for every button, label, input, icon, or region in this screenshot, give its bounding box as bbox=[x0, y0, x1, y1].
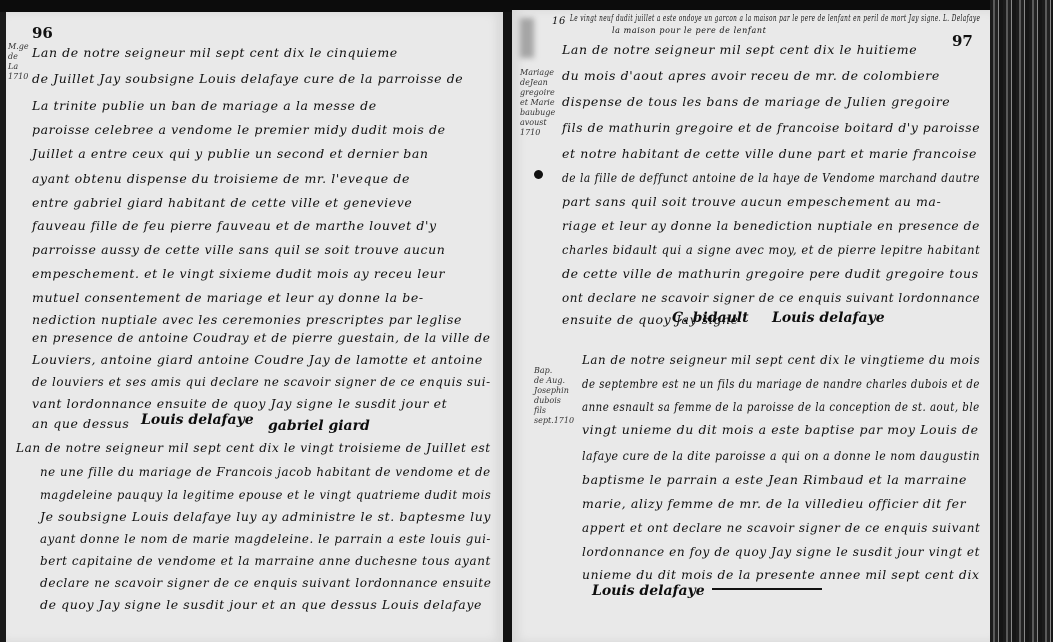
entry-line: vant lordonnance ensuite de quoy Jay sig… bbox=[32, 396, 447, 411]
entry-line: baptisme le parrain a este Jean Rimbaud … bbox=[582, 472, 967, 487]
folio-number-right: 97 bbox=[952, 32, 973, 50]
entry-line: Lan de notre seigneur mil sept cent dix … bbox=[562, 42, 917, 57]
entry-line: riage et leur ay donne la benediction nu… bbox=[562, 218, 980, 233]
left-margin-note: M.ge de La 1710 bbox=[8, 42, 29, 82]
entry-line: de cette ville de mathurin gregoire pere… bbox=[562, 266, 979, 281]
entry-line: nediction nuptiale avec les ceremonies p… bbox=[32, 312, 462, 327]
entry-line: lordonnance en foy de quoy Jay signe le … bbox=[582, 544, 980, 559]
entry-line: charles bidault qui a signe avec moy, et… bbox=[562, 242, 980, 257]
book-gutter bbox=[503, 12, 512, 642]
entry-line: et notre habitant de cette ville dune pa… bbox=[562, 146, 977, 161]
header-note-line: la maison pour le pere de lenfant bbox=[612, 26, 766, 35]
signature: Louis delafaye bbox=[772, 310, 885, 326]
entry-line: marie, alizy femme de mr. de la villedie… bbox=[582, 496, 966, 511]
header-note-line: Le vingt neuf dudit juillet a este ondoy… bbox=[570, 14, 980, 24]
entry-line: en presence de antoine Coudray et de pie… bbox=[32, 330, 491, 345]
header-note-number: 16 bbox=[552, 16, 566, 27]
signature: Louis delafaye bbox=[141, 412, 254, 428]
entry-line: de la fille de deffunct antoine de la ha… bbox=[562, 170, 980, 185]
register-spread: 96 M.ge de La 1710 Lan de notre seigneur… bbox=[0, 0, 1053, 642]
signature: Louis delafaye bbox=[592, 583, 705, 599]
entry-line: paroisse celebree a vendome le premier m… bbox=[32, 122, 446, 137]
entry-line: bert capitaine de vendome et la marraine… bbox=[40, 553, 491, 568]
entry-line: fils de mathurin gregoire et de francois… bbox=[562, 120, 980, 135]
folio-number-left: 96 bbox=[32, 24, 53, 42]
entry-line: mutuel consentement de mariage et leur a… bbox=[32, 290, 424, 305]
entry-line: empeschement. et le vingt sixieme dudit … bbox=[32, 266, 445, 281]
entry-line: dispense de tous les bans de mariage de … bbox=[562, 94, 950, 109]
entry-line: lafaye cure de la dite paroisse a qui on… bbox=[582, 448, 980, 463]
page-stack-edge bbox=[990, 0, 1053, 642]
right-margin-note-2: Bap. de Aug. Josephin dubois fils sept.1… bbox=[534, 366, 574, 426]
ink-blot bbox=[534, 170, 543, 179]
signature: gabriel giard bbox=[268, 418, 370, 434]
entry-line: fauveau fille de feu pierre fauveau et d… bbox=[32, 218, 437, 233]
entry-line: vingt unieme du dit mois a este baptise … bbox=[582, 422, 979, 437]
entry-line: Lan de notre seigneur mil sept cent dix … bbox=[582, 352, 980, 367]
entry-line: anne esnault sa femme de la paroisse de … bbox=[582, 399, 980, 414]
ink-smudge bbox=[520, 18, 534, 58]
entry-line: La trinite publie un ban de mariage a la… bbox=[32, 98, 377, 113]
entry-line: de quoy Jay signe le susdit jour et an q… bbox=[40, 597, 482, 612]
entry-line: Lan de notre seigneur mil sept cent dix … bbox=[32, 45, 398, 60]
entry-line: Je soubsigne Louis delafaye luy ay admin… bbox=[40, 509, 491, 524]
entry-line: ont declare ne scavoir signer de ce enqu… bbox=[562, 290, 980, 305]
entry-line: Juillet a entre ceux qui y publie un sec… bbox=[32, 146, 429, 161]
entry-line: de louviers et ses amis qui declare ne s… bbox=[32, 374, 491, 389]
right-page: 16 Le vingt neuf dudit juillet a este on… bbox=[512, 10, 992, 642]
entry-line: an que dessus bbox=[32, 416, 129, 431]
entry-line: declare ne scavoir signer de ce enquis s… bbox=[40, 575, 491, 590]
entry-line: Louviers, antoine giard antoine Coudre J… bbox=[32, 352, 483, 367]
entry-line: du mois d'aout apres avoir receu de mr. … bbox=[562, 68, 940, 83]
entry-line: ayant obtenu dispense du troisieme de mr… bbox=[32, 171, 410, 186]
right-margin-note: Mariage deJean gregoire et Marie baubuge… bbox=[520, 68, 555, 138]
entry-line: Lan de notre seigneur mil sept cent dix … bbox=[16, 440, 491, 455]
entry-line: magdeleine pauquy la legitime epouse et … bbox=[40, 487, 491, 502]
entry-line: unieme du dit mois de la presente annee … bbox=[582, 567, 980, 582]
entry-line: entre gabriel giard habitant de cette vi… bbox=[32, 195, 412, 210]
signature: C. bidault bbox=[672, 310, 749, 326]
left-page: 96 M.ge de La 1710 Lan de notre seigneur… bbox=[6, 12, 503, 642]
entry-line: parroisse aussy de cette ville sans quil… bbox=[32, 242, 445, 257]
entry-line: ayant donne le nom de marie magdeleine. … bbox=[40, 531, 491, 546]
entry-line: de septembre est ne un fils du mariage d… bbox=[582, 376, 980, 391]
signature-flourish bbox=[712, 588, 822, 590]
entry-line: part sans quil soit trouve aucun empesch… bbox=[562, 194, 941, 209]
entry-line: ne une fille du mariage de Francois jaco… bbox=[40, 464, 491, 479]
entry-line: appert et ont declare ne scavoir signer … bbox=[582, 520, 980, 535]
entry-line: de Juillet Jay soubsigne Louis delafaye … bbox=[32, 71, 463, 86]
